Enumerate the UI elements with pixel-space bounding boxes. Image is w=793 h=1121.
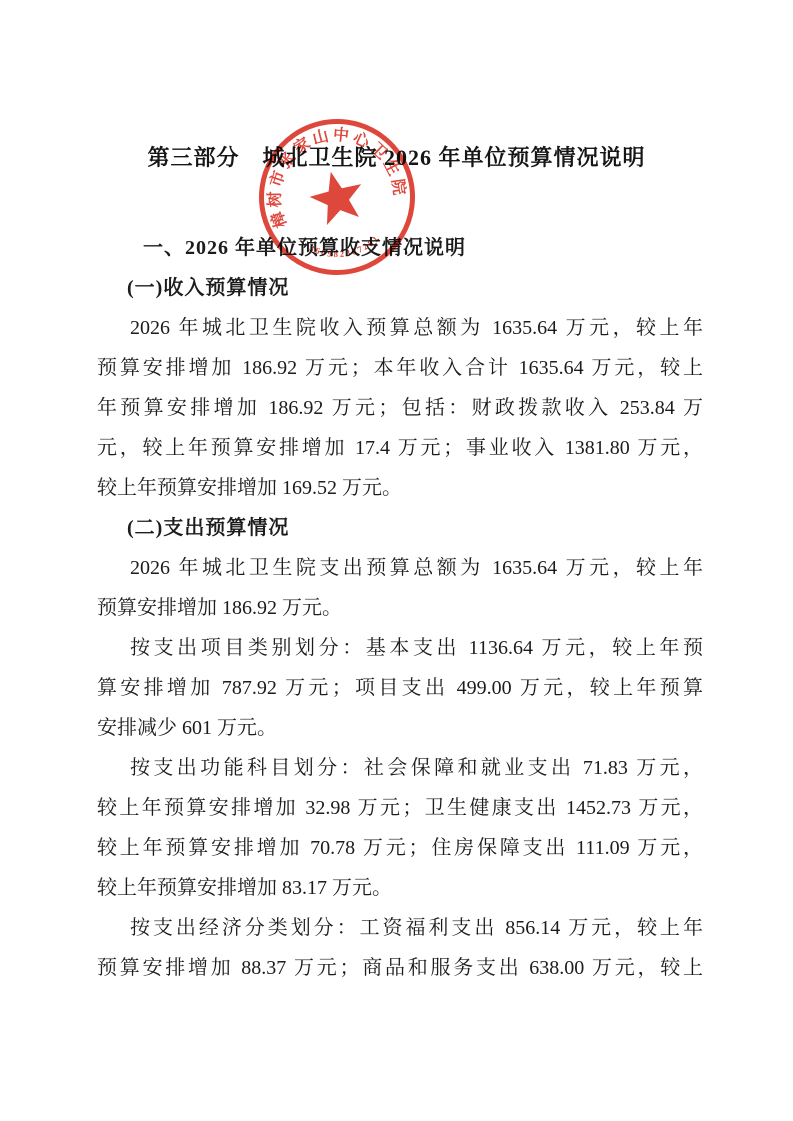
text-line: 元，较上年预算安排增加 17.4 万元；事业收入 1381.80 万元， <box>97 428 703 468</box>
subsection-heading-expenditure: (二)支出预算情况 <box>97 508 703 548</box>
text-line: 算安排增加 787.92 万元；项目支出 499.00 万元，较上年预算 <box>97 668 703 708</box>
document-title: 第三部分 城北卫生院 2026 年单位预算情况说明 <box>0 143 793 173</box>
scanned-document-page: 第三部分 城北卫生院 2026 年单位预算情况说明 一、2026 年单位预算收支… <box>0 0 793 1121</box>
text-line: 预算安排增加 88.37 万元；商品和服务支出 638.00 万元，较上 <box>97 948 703 988</box>
text-line: 按支出项目类别划分：基本支出 1136.64 万元，较上年预 <box>97 628 703 668</box>
text-line: 年预算安排增加 186.92 万元；包括：财政拨款收入 253.84 万 <box>97 388 703 428</box>
subsection-heading-income: (一)收入预算情况 <box>97 268 703 308</box>
text-line: 预算安排增加 186.92 万元。 <box>97 588 703 628</box>
text-line: 按支出经济分类划分：工资福利支出 856.14 万元，较上年 <box>97 908 703 948</box>
section-heading: 一、2026 年单位预算收支情况说明 <box>97 228 703 268</box>
document-body: 一、2026 年单位预算收支情况说明 (一)收入预算情况 2026 年城北卫生院… <box>97 228 703 988</box>
text-line: 较上年预算安排增加 169.52 万元。 <box>97 468 703 508</box>
text-line: 安排减少 601 万元。 <box>97 708 703 748</box>
text-line: 2026 年城北卫生院支出预算总额为 1635.64 万元，较上年 <box>97 548 703 588</box>
text-line: 按支出功能科目划分：社会保障和就业支出 71.83 万元， <box>97 748 703 788</box>
text-line: 较上年预算安排增加 32.98 万元；卫生健康支出 1452.73 万元， <box>97 788 703 828</box>
text-line: 较上年预算安排增加 70.78 万元；住房保障支出 111.09 万元， <box>97 828 703 868</box>
text-line: 较上年预算安排增加 83.17 万元。 <box>97 868 703 908</box>
seal-star-icon <box>305 165 369 227</box>
text-line: 2026 年城北卫生院收入预算总额为 1635.64 万元，较上年 <box>97 308 703 348</box>
text-line: 预算安排增加 186.92 万元；本年收入合计 1635.64 万元，较上 <box>97 348 703 388</box>
